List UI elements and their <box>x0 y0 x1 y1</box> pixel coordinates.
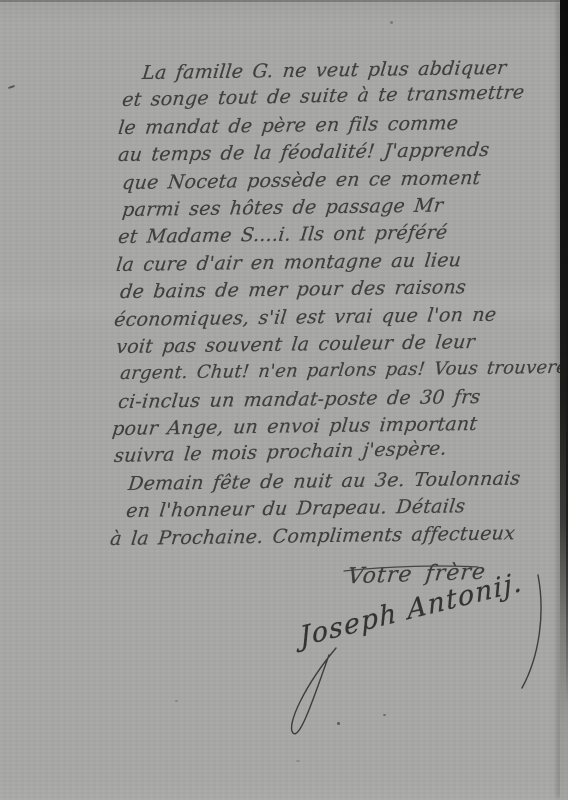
paper-speck <box>390 21 393 24</box>
letter-body: La famille G. ne veut plus abdiquer et s… <box>116 62 568 555</box>
letter-line: à la Prochaine. Compliments affectueux <box>109 521 568 555</box>
paper-speck <box>175 700 178 702</box>
paper-speck <box>337 722 340 725</box>
paper-speck <box>296 760 300 762</box>
paper-speck <box>8 85 15 89</box>
scan-top-edge <box>0 0 568 2</box>
paper-speck <box>383 714 386 716</box>
letter-scan: La famille G. ne veut plus abdiquer et s… <box>0 0 568 800</box>
